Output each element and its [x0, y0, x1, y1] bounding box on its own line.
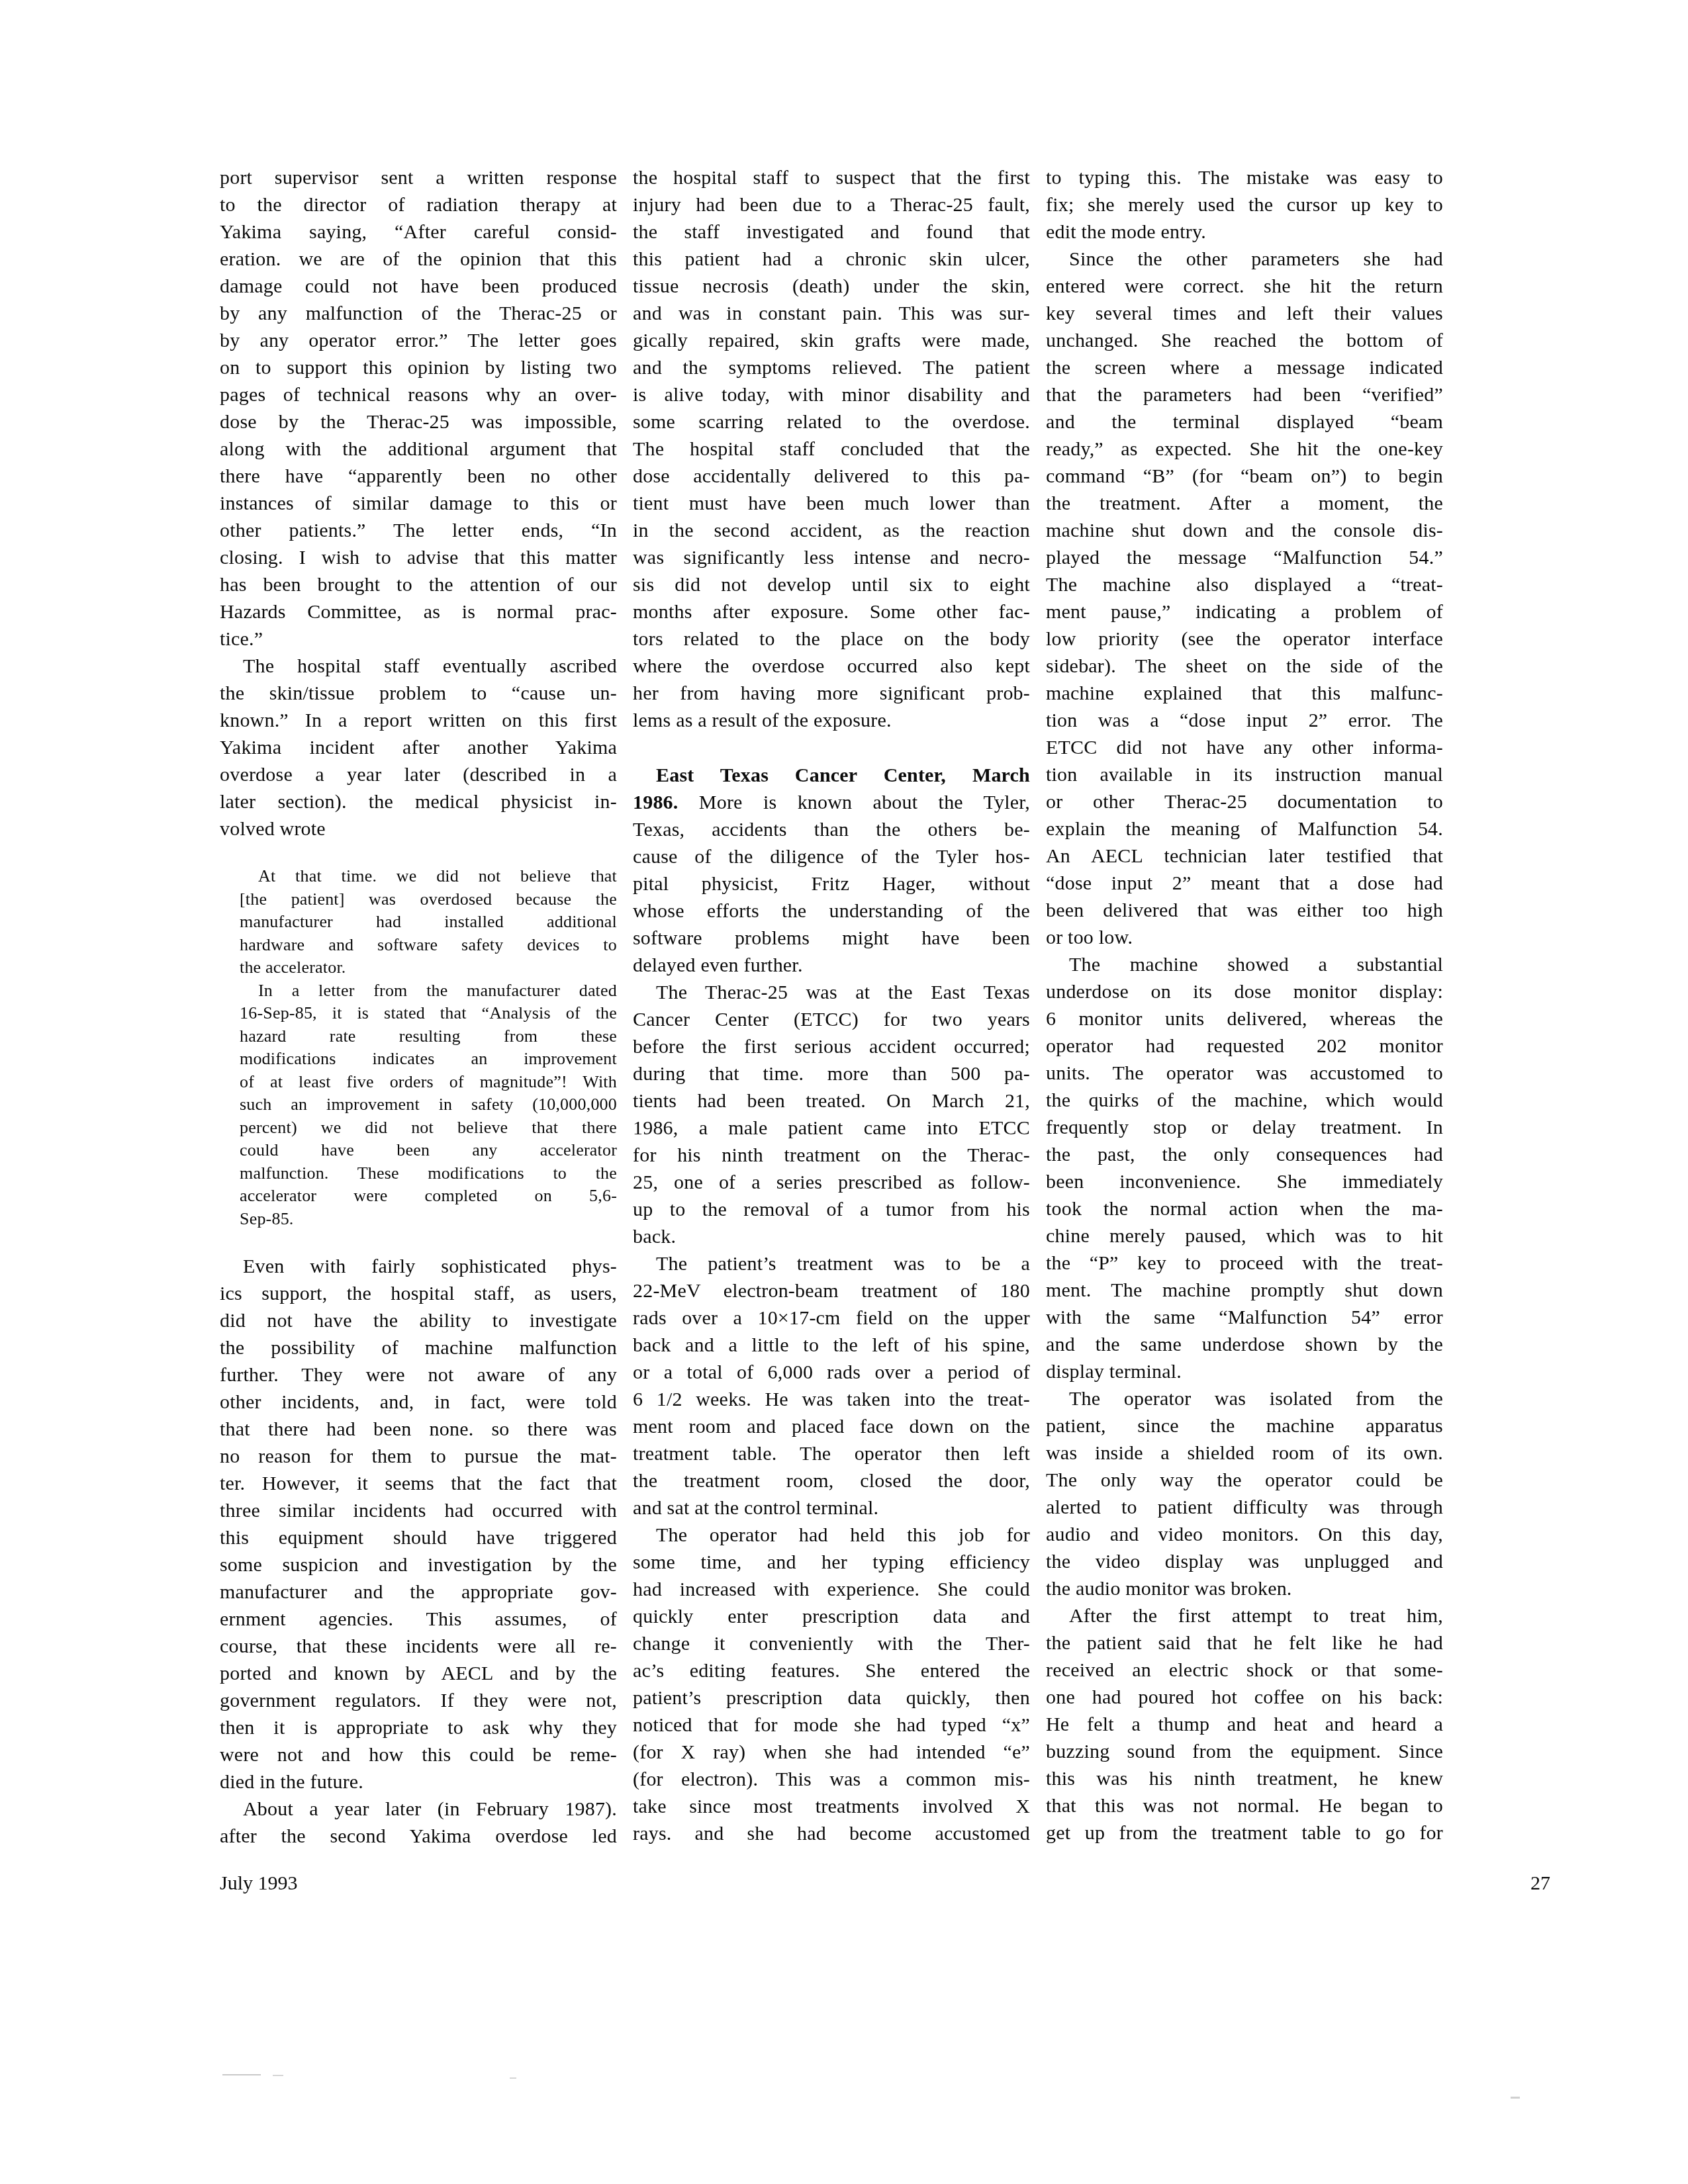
text-line: to typing this. The mistake was easy to [1046, 164, 1443, 191]
text-line: unchanged. She reached the bottom of [1046, 327, 1443, 354]
text-line: 25, one of a series prescribed as follow… [633, 1169, 1030, 1196]
text-line: ment. The machine promptly shut down [1046, 1277, 1443, 1304]
text-line: patient, since the machine apparatus [1046, 1412, 1443, 1439]
text-line: Yakima saying, “After careful consid- [220, 218, 617, 246]
text-line: percent) we did not believe that there [240, 1116, 617, 1140]
text-line: her from having more significant prob- [633, 680, 1030, 707]
paragraph: Since the other parameters she hadentere… [1046, 246, 1443, 951]
text-line: rays. and she had become accustomed [633, 1820, 1030, 1847]
text-line: instances of similar damage to this or [220, 490, 617, 517]
text-line: course, that these incidents were all re… [220, 1633, 617, 1660]
text-line: for his ninth treatment on the Therac- [633, 1142, 1030, 1169]
text-line: patient’s prescription data quickly, the… [633, 1684, 1030, 1711]
text-line: cause of the diligence of the Tyler hos- [633, 843, 1030, 870]
text-line: that the parameters had been “verified” [1046, 381, 1443, 408]
text-line: the hospital staff to suspect that the f… [633, 164, 1030, 191]
text-line: fix; she merely used the cursor up key t… [1046, 191, 1443, 218]
text-line: is alive today, with minor disability an… [633, 381, 1030, 408]
text-line: alerted to patient difficulty was throug… [1046, 1494, 1443, 1521]
text-line: or too low. [1046, 924, 1443, 951]
text-line: The machine also displayed a “treat- [1046, 571, 1443, 598]
text-line: ready,” as expected. She hit the one-key [1046, 435, 1443, 463]
text-line: other incidents, and, in fact, were told [220, 1388, 617, 1416]
paragraph: After the first attempt to treat him,the… [1046, 1602, 1443, 1846]
text-line: In a letter from the manufacturer dated [240, 979, 617, 1003]
text-line: get up from the treatment table to go fo… [1046, 1819, 1443, 1846]
text-line: edit the mode entry. [1046, 218, 1443, 246]
text-line: could have been any accelerator [240, 1139, 617, 1162]
paragraph: The machine showed a substantialunderdos… [1046, 951, 1443, 1385]
text-line: has been brought to the attention of our [220, 571, 617, 598]
text-line: [the patient] was overdosed because the [240, 888, 617, 911]
text-line: were not and how this could be reme- [220, 1741, 617, 1768]
text-line: that there had been none. so there was [220, 1416, 617, 1443]
text-line: ter. However, it seems that the fact tha… [220, 1470, 617, 1497]
text-line: The only way the operator could be [1046, 1467, 1443, 1494]
text-line: and the symptoms relieved. The patient [633, 354, 1030, 381]
text-line: this equipment should have triggered [220, 1524, 617, 1551]
text-line: key several times and left their values [1046, 300, 1443, 327]
text-line: ETCC did not have any other informa- [1046, 734, 1443, 761]
text-line: manufacturer had installed additional [240, 911, 617, 934]
text-line: to the director of radiation therapy at [220, 191, 617, 218]
text-line: Yakima incident after another Yakima [220, 734, 617, 761]
text-line: one had poured hot coffee on his back: [1046, 1684, 1443, 1711]
text-line: sidebar). The sheet on the side of the [1046, 653, 1443, 680]
text-line: later section). the medical physicist in… [220, 788, 617, 815]
text-line: on to support this opinion by listing tw… [220, 354, 617, 381]
paragraph: the hospital staff to suspect that the f… [633, 164, 1030, 734]
text-line: (for X ray) when she had intended “e” [633, 1739, 1030, 1766]
text-line: He felt a thump and heat and heard a [1046, 1711, 1443, 1738]
text-line: of at least five orders of magnitude”! W… [240, 1071, 617, 1094]
text-line: buzzing sound from the equipment. Since [1046, 1738, 1443, 1765]
text-line: display terminal. [1046, 1358, 1443, 1385]
text-line: 6 monitor units delivered, whereas the [1046, 1005, 1443, 1032]
scan-artifact [273, 2075, 283, 2076]
text-line: hardware and software safety devices to [240, 934, 617, 957]
text-line: Texas, accidents than the others be- [633, 816, 1030, 843]
text-line: dose accidentally delivered to this pa- [633, 463, 1030, 490]
text-line: there have “apparently been no other [220, 463, 617, 490]
paragraph: port supervisor sent a written responset… [220, 164, 617, 653]
text-line: The patient’s treatment was to be a [633, 1250, 1030, 1277]
paragraph: to typing this. The mistake was easy tof… [1046, 164, 1443, 246]
scan-artifact [222, 2074, 261, 2075]
text-line: in the second accident, as the reaction [633, 517, 1030, 544]
text-line: been delivered that was either too high [1046, 897, 1443, 924]
text-line: back and a little to the left of his spi… [633, 1332, 1030, 1359]
text-line: closing. I wish to advise that this matt… [220, 544, 617, 571]
text-line: this was his ninth treatment, he knew [1046, 1765, 1443, 1792]
text-line: gically repaired, skin grafts were made, [633, 327, 1030, 354]
text-line: ics support, the hospital staff, as user… [220, 1280, 617, 1307]
scan-artifact [1511, 2097, 1520, 2099]
text-line: malfunction. These modifications to the [240, 1162, 617, 1185]
column-3: to typing this. The mistake was easy tof… [1046, 164, 1443, 1850]
text-line: dose by the Therac-25 was impossible, [220, 408, 617, 435]
text-line: and sat at the control terminal. [633, 1494, 1030, 1522]
text-line: tissue necrosis (death) under the skin, [633, 273, 1030, 300]
text-line: the screen where a message indicated [1046, 354, 1443, 381]
page-number: 27 [1530, 1872, 1550, 1895]
text-line: with the same “Malfunction 54” error [1046, 1304, 1443, 1331]
text-line: or a total of 6,000 rads over a period o… [633, 1359, 1030, 1386]
text-line: Hazards Committee, as is normal prac- [220, 598, 617, 625]
text-line: this patient had a chronic skin ulcer, [633, 246, 1030, 273]
article-body: port supervisor sent a written responset… [220, 164, 1443, 1850]
text-line: whose efforts the understanding of the [633, 897, 1030, 925]
text-line: during that time. more than 500 pa- [633, 1060, 1030, 1087]
text-line: before the first serious accident occurr… [633, 1033, 1030, 1060]
text-line: had increased with experience. She could [633, 1576, 1030, 1603]
footer-date: July 1993 [220, 1872, 298, 1895]
text-line: pages of technical reasons why an over- [220, 381, 617, 408]
text-line: operator had requested 202 monitor [1046, 1032, 1443, 1060]
magazine-page: port supervisor sent a written responset… [0, 0, 1688, 2184]
text-line: took the normal action when the ma- [1046, 1195, 1443, 1222]
text-line: sis did not develop until six to eight [633, 571, 1030, 598]
text-line: three similar incidents had occurred wit… [220, 1497, 617, 1524]
text-line: change it conveniently with the Ther- [633, 1630, 1030, 1657]
text-line: Even with fairly sophisticated phys- [220, 1253, 617, 1280]
text-line: no reason for them to pursue the mat- [220, 1443, 617, 1470]
text-line: received an electric shock or that some- [1046, 1657, 1443, 1684]
text-line: Since the other parameters she had [1046, 246, 1443, 273]
text-line: machine shut down and the console dis- [1046, 517, 1443, 544]
text-line: other patients.” The letter ends, “In [220, 517, 617, 544]
text-line: software problems might have been [633, 925, 1030, 952]
text-line: government regulators. If they were not, [220, 1687, 617, 1714]
text-line: ac’s editing features. She entered the [633, 1657, 1030, 1684]
text-line: The machine showed a substantial [1046, 951, 1443, 978]
text-line: such an improvement in safety (10,000,00… [240, 1093, 617, 1116]
text-line: Sep-85. [240, 1208, 617, 1231]
text-line: pital physicist, Fritz Hager, without [633, 870, 1030, 897]
text-line: After the first attempt to treat him, [1046, 1602, 1443, 1629]
text-line: tion was a “dose input 2” error. The [1046, 707, 1443, 734]
text-line: back. [633, 1223, 1030, 1250]
text-line: quickly enter prescription data and [633, 1603, 1030, 1630]
bold-lead-in: East Texas Cancer Center, March [656, 764, 1030, 786]
text-line: ment room and placed face down on the [633, 1413, 1030, 1440]
paragraph: The hospital staff eventually ascribedth… [220, 653, 617, 842]
text-line: delayed even further. [633, 952, 1030, 979]
text-line: did not have the ability to investigate [220, 1307, 617, 1334]
text-line: overdose a year later (described in a [220, 761, 617, 788]
text-line: tient must have been much lower than [633, 490, 1030, 517]
text-line: the possibility of machine malfunction [220, 1334, 617, 1361]
paragraph: The Therac-25 was at the East TexasCance… [633, 979, 1030, 1250]
text-line: 1986. More is known about the Tyler, [633, 789, 1030, 816]
bold-lead-in: 1986. [633, 792, 679, 813]
text-line: 22-MeV electron-beam treatment of 180 [633, 1277, 1030, 1304]
block-quote: At that time. we did not believe that[th… [240, 865, 617, 1230]
text-line: The hospital staff concluded that the [633, 435, 1030, 463]
text-line: months after exposure. Some other fac- [633, 598, 1030, 625]
text-line: then it is appropriate to ask why they [220, 1714, 617, 1741]
text-line: entered were correct. she hit the return [1046, 273, 1443, 300]
text-line: 16-Sep-85, it is stated that “Analysis o… [240, 1002, 617, 1025]
text-line: manufacturer and the appropriate gov- [220, 1578, 617, 1606]
text-line: by any operator error.” The letter goes [220, 327, 617, 354]
page-footer: July 1993 27 [220, 1872, 1550, 1895]
column-2: the hospital staff to suspect that the f… [633, 164, 1030, 1850]
text-line: where the overdose occurred also kept [633, 653, 1030, 680]
text-line: or other Therac-25 documentation to [1046, 788, 1443, 815]
scan-artifact [510, 2077, 516, 2079]
text-line: some scarring related to the overdose. [633, 408, 1030, 435]
text-line: was significantly less intense and necro… [633, 544, 1030, 571]
text-line: 6 1/2 weeks. He was taken into the treat… [633, 1386, 1030, 1413]
paragraph: The operator was isolated from thepatien… [1046, 1385, 1443, 1602]
text-line: the treatment room, closed the door, [633, 1467, 1030, 1494]
text-line: treatment table. The operator then left [633, 1440, 1030, 1467]
text-line: played the message “Malfunction 54.” [1046, 544, 1443, 571]
paragraph: About a year later (in February 1987).af… [220, 1796, 617, 1850]
text-line: units. The operator was accustomed to [1046, 1060, 1443, 1087]
text-line: the quirks of the machine, which would [1046, 1087, 1443, 1114]
text-line: The Therac-25 was at the East Texas [633, 979, 1030, 1006]
text-line: rads over a 10×17-cm field on the upper [633, 1304, 1030, 1332]
text-line: injury had been due to a Therac-25 fault… [633, 191, 1030, 218]
column-1: port supervisor sent a written responset… [220, 164, 617, 1850]
text-line: 1986, a male patient came into ETCC [633, 1115, 1030, 1142]
text-line: The hospital staff eventually ascribed [220, 653, 617, 680]
text-line: further. They were not aware of any [220, 1361, 617, 1388]
text-line: volved wrote [220, 815, 617, 842]
text-line: and was in constant pain. This was sur- [633, 300, 1030, 327]
paragraph: East Texas Cancer Center, March1986. Mor… [633, 762, 1030, 979]
text-line: tients had been treated. On March 21, [633, 1087, 1030, 1115]
text-line: lems as a result of the exposure. [633, 707, 1030, 734]
text-line: and the terminal displayed “beam [1046, 408, 1443, 435]
text-line: underdose on its dose monitor display: [1046, 978, 1443, 1005]
text-line: damage could not have been produced [220, 273, 617, 300]
text-line: (for electron). This was a common mis- [633, 1766, 1030, 1793]
text-line: ported and known by AECL and by the [220, 1660, 617, 1687]
text-line: the audio monitor was broken. [1046, 1575, 1443, 1602]
paragraph: The patient’s treatment was to be a22-Me… [633, 1250, 1030, 1522]
text-line: modifications indicates an improvement [240, 1048, 617, 1071]
text-line: the past, the only consequences had [1046, 1141, 1443, 1168]
text-line: ment pause,” indicating a problem of [1046, 598, 1443, 625]
text-line: explain the meaning of Malfunction 54. [1046, 815, 1443, 842]
text-line: command “B” (for “beam on”) to begin [1046, 463, 1443, 490]
text-line: noticed that for mode she had typed “x” [633, 1711, 1030, 1739]
text-line: The operator had held this job for [633, 1522, 1030, 1549]
text-line: that this was not normal. He began to [1046, 1792, 1443, 1819]
text-line: An AECL technician later testified that [1046, 842, 1443, 870]
text-line: the treatment. After a moment, the [1046, 490, 1443, 517]
text-line: accelerator were completed on 5,6- [240, 1185, 617, 1208]
text-line: some suspicion and investigation by the [220, 1551, 617, 1578]
text-line: by any malfunction of the Therac-25 or [220, 300, 617, 327]
text-line: the skin/tissue problem to “cause un- [220, 680, 617, 707]
text-line: the “P” key to proceed with the treat- [1046, 1250, 1443, 1277]
text-line: along with the additional argument that [220, 435, 617, 463]
text-line: the accelerator. [240, 956, 617, 979]
text-line: tion available in its instruction manual [1046, 761, 1443, 788]
text-line: eration. we are of the opinion that this [220, 246, 617, 273]
text-line: frequently stop or delay treatment. In [1046, 1114, 1443, 1141]
text-line: and the same underdose shown by the [1046, 1331, 1443, 1358]
text-line: known.” In a report written on this firs… [220, 707, 617, 734]
text-line: Cancer Center (ETCC) for two years [633, 1006, 1030, 1033]
text-line: been inconvenience. She immediately [1046, 1168, 1443, 1195]
text-line: machine explained that this malfunc- [1046, 680, 1443, 707]
text-line: The operator was isolated from the [1046, 1385, 1443, 1412]
text-line: low priority (see the operator interface [1046, 625, 1443, 653]
text-line: was inside a shielded room of its own. [1046, 1439, 1443, 1467]
text-line: tors related to the place on the body [633, 625, 1030, 653]
paragraph: Even with fairly sophisticated phys-ics … [220, 1253, 617, 1796]
text-line: port supervisor sent a written response [220, 164, 617, 191]
text-line: up to the removal of a tumor from his [633, 1196, 1030, 1223]
text-line: chine merely paused, which was to hit [1046, 1222, 1443, 1250]
text-line: some time, and her typing efficiency [633, 1549, 1030, 1576]
text-line: At that time. we did not believe that [240, 865, 617, 888]
text-line: ernment agencies. This assumes, of [220, 1606, 617, 1633]
text-line: after the second Yakima overdose led [220, 1823, 617, 1850]
text-line: the video display was unplugged and [1046, 1548, 1443, 1575]
text-line: audio and video monitors. On this day, [1046, 1521, 1443, 1548]
text-line: the patient said that he felt like he ha… [1046, 1629, 1443, 1657]
text-line: East Texas Cancer Center, March [633, 762, 1030, 789]
text-line: tice.” [220, 625, 617, 653]
text-line: About a year later (in February 1987). [220, 1796, 617, 1823]
text-line: “dose input 2” meant that a dose had [1046, 870, 1443, 897]
text-line: take since most treatments involved X [633, 1793, 1030, 1820]
paragraph: The operator had held this job forsome t… [633, 1522, 1030, 1847]
text-line: died in the future. [220, 1768, 617, 1796]
text-line: the staff investigated and found that [633, 218, 1030, 246]
text-line: hazard rate resulting from these [240, 1025, 617, 1048]
